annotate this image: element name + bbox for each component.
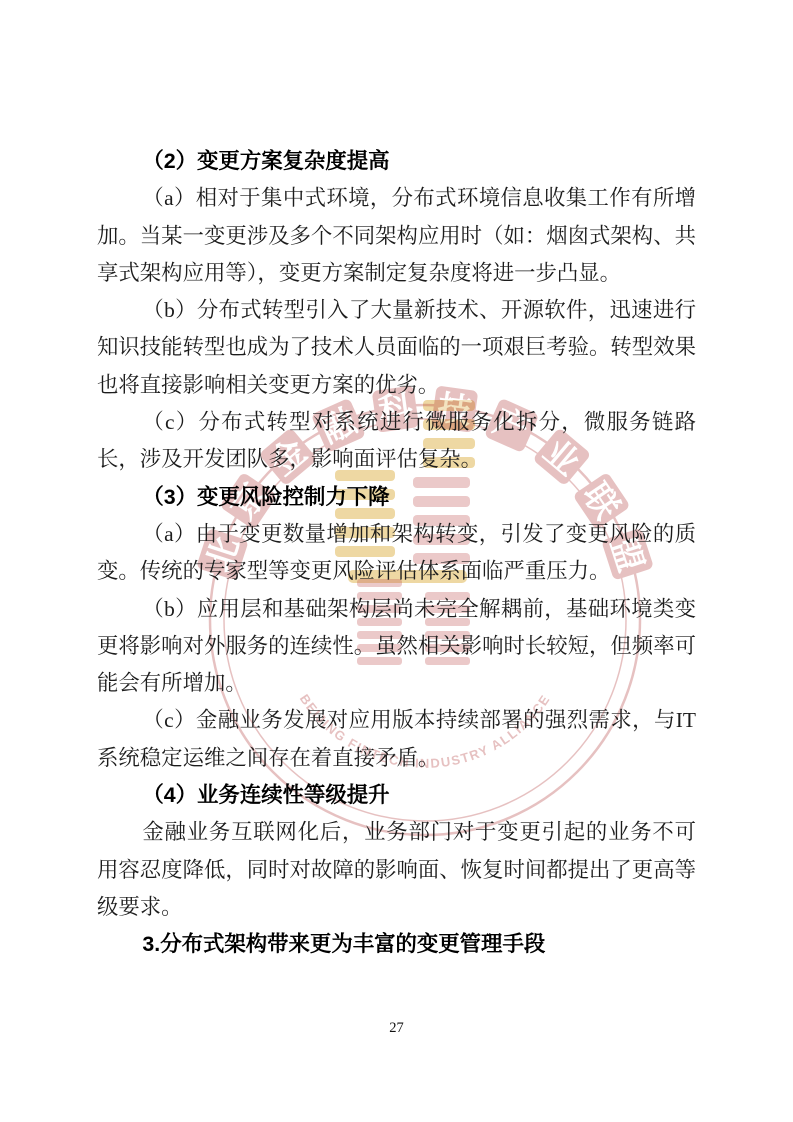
page-body: （2）变更方案复杂度提高 （a）相对于集中式环境，分布式环境信息收集工作有所增加… xyxy=(97,0,696,964)
paragraph-3c: （c）金融业务发展对应用版本持续部署的强烈需求，与IT系统稳定运维之间存在着直接… xyxy=(97,702,696,777)
section-heading-chapter3: 3.分布式架构带来更为丰富的变更管理手段 xyxy=(97,926,696,963)
section-heading-4: （4）业务连续性等级提升 xyxy=(97,777,696,814)
document-page: 北京金融科技产业联盟 BEIJING FINTECH INDUSTRY ALLI… xyxy=(0,0,793,1122)
paragraph-2b: （b）分布式转型引入了大量新技术、开源软件，迅速进行知识技能转型也成为了技术人员… xyxy=(97,292,696,404)
page-number: 27 xyxy=(0,1020,793,1037)
paragraph-4: 金融业务互联网化后，业务部门对于变更引起的业务不可用容忍度降低，同时对故障的影响… xyxy=(97,814,696,926)
paragraph-3b: （b）应用层和基础架构层尚未完全解耦前，基础环境类变更将影响对外服务的连续性。虽… xyxy=(97,591,696,703)
section-heading-3: （3）变更风险控制力下降 xyxy=(97,479,696,516)
paragraph-3a: （a）由于变更数量增加和架构转变，引发了变更风险的质变。传统的专家型等变更风险评… xyxy=(97,516,696,591)
paragraph-2a: （a）相对于集中式环境，分布式环境信息收集工作有所增加。当某一变更涉及多个不同架… xyxy=(97,180,696,292)
section-heading-2: （2）变更方案复杂度提高 xyxy=(97,143,696,180)
paragraph-2c: （c）分布式转型对系统进行微服务化拆分，微服务链路长，涉及开发团队多，影响面评估… xyxy=(97,404,696,479)
